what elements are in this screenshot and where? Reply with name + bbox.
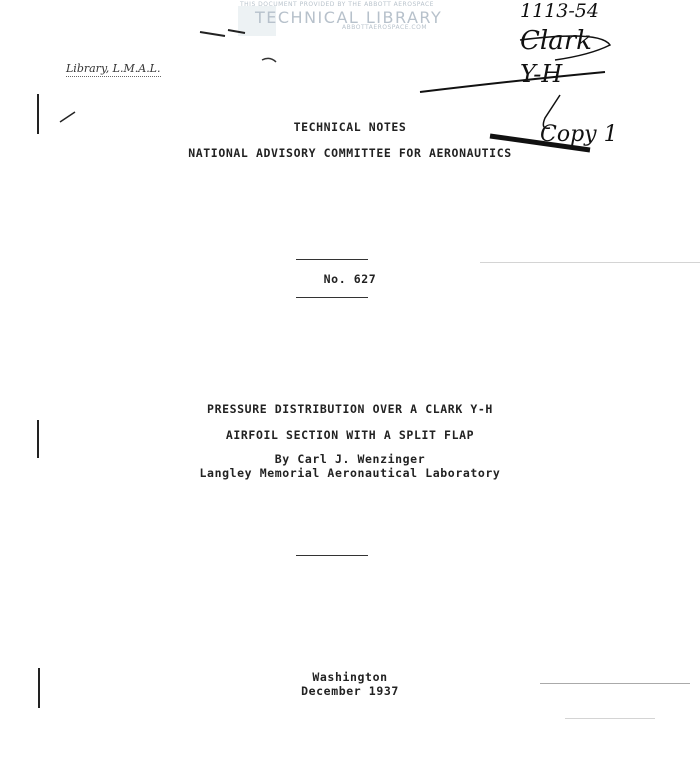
handwritten-strokes bbox=[0, 0, 700, 200]
scan-noise bbox=[565, 718, 655, 719]
author-affiliation: Langley Memorial Aeronautical Laboratory bbox=[0, 466, 700, 480]
report-title-line-2: AIRFOIL SECTION WITH A SPLIT FLAP bbox=[0, 428, 700, 442]
divider bbox=[296, 297, 368, 299]
report-number: No. 627 bbox=[0, 272, 700, 286]
report-title-line-1: PRESSURE DISTRIBUTION OVER A CLARK Y-H bbox=[0, 402, 700, 416]
series-title: TECHNICAL NOTES bbox=[0, 120, 700, 134]
imprint-date: December 1937 bbox=[0, 684, 700, 698]
divider bbox=[296, 555, 368, 557]
scan-noise bbox=[480, 262, 700, 263]
divider bbox=[296, 259, 368, 261]
imprint-place: Washington bbox=[0, 670, 700, 684]
author-byline: By Carl J. Wenzinger bbox=[0, 452, 700, 466]
organization-name: NATIONAL ADVISORY COMMITTEE FOR AERONAUT… bbox=[0, 146, 700, 160]
